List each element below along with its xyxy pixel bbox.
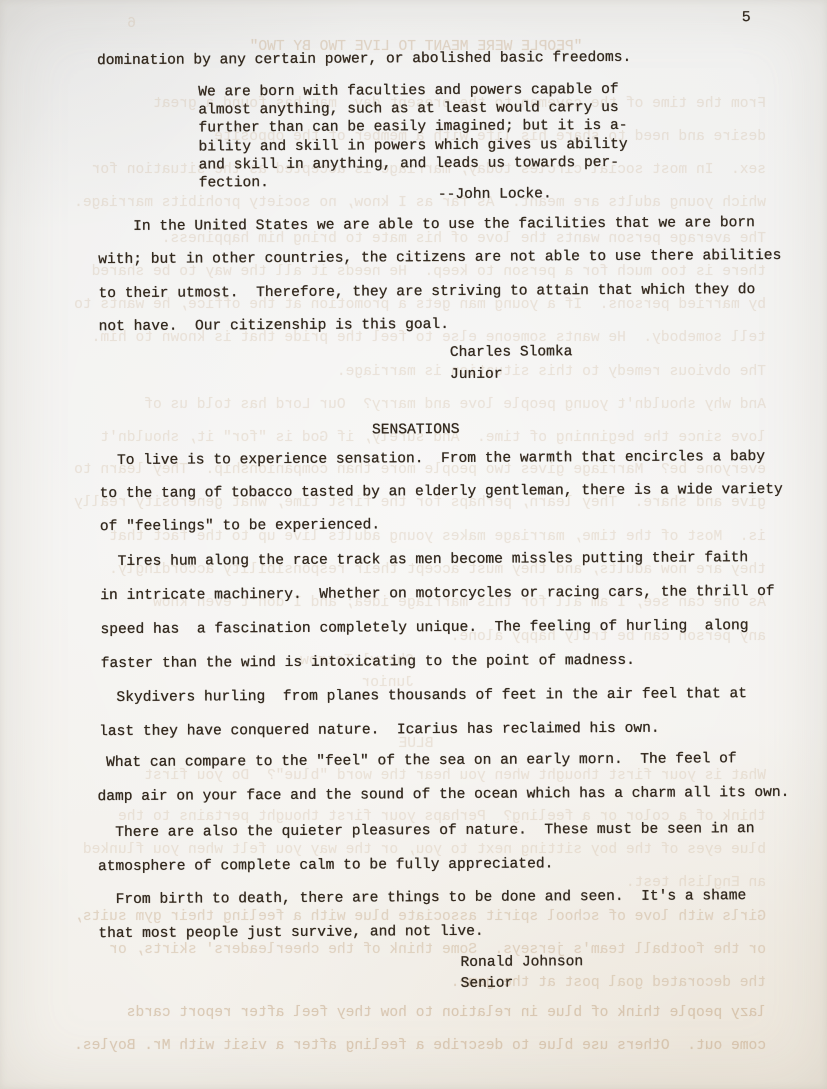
text-line: There are also the quieter pleasures of … [98, 812, 755, 850]
text-line: domination by any certain power, or abol… [97, 48, 631, 71]
text-line: Skydivers hurling from planes thousands … [99, 677, 747, 715]
text-line: atmosphere of complete calm to be fully … [98, 846, 755, 884]
signature-line: Ronald Johnson [460, 952, 583, 973]
sensations-paragraph-birth-death: From birth to death, there are things to… [98, 879, 746, 951]
quote-line: bility and skill in powers which gives u… [198, 135, 627, 156]
text-line: damp air on your face and the sound of t… [97, 776, 789, 814]
text-line: To live is to experience sensation. From… [99, 441, 782, 478]
signature-line: Charles Slomka [450, 341, 573, 364]
signature-line: Senior [461, 973, 584, 994]
sensations-paragraph-skydivers: Skydivers hurling from planes thousands … [99, 677, 747, 749]
page-number: 5 [742, 8, 751, 28]
sensations-paragraph-racing: Tires hum along the race track as men be… [100, 541, 775, 681]
sensations-paragraph-intro: To live is to experience sensation. From… [99, 441, 783, 544]
quote-line: further than can be easily imagined; but… [198, 117, 627, 138]
sensations-paragraph-nature: There are also the quieter pleasures of … [98, 812, 755, 884]
text-line: Tires hum along the race track as men be… [100, 541, 775, 579]
text-line: faster than the wind is intoxicating to … [101, 643, 776, 681]
quote-line: and skill in anything, and leads us towa… [199, 154, 628, 175]
text-line: not have. Our citizenship is this goal. [99, 307, 782, 345]
author-signature-ronald-johnson: Ronald JohnsonSenior [460, 952, 583, 994]
typed-text-layer: 5 domination by any certain power, or ab… [0, 0, 827, 1089]
text-line: in intricate machinery. Whether on motor… [100, 575, 775, 613]
locke-quote-block: We are born with faculties and powers ca… [198, 81, 628, 193]
text-line: to their utmost. Therefore, they are str… [98, 274, 781, 312]
citizenship-paragraph: In the United States we are able to use … [98, 207, 782, 345]
sensations-heading: SENSATIONS [2, 418, 827, 443]
text-line: to the tang of tobacco tasted by an elde… [100, 474, 783, 511]
locke-quote-attribution: --John Locke. [438, 185, 552, 204]
sensations-paragraph-sea: What can compare to the "feel" of the se… [97, 742, 789, 814]
text-line: In the United States we are able to use … [98, 207, 781, 245]
signature-line: Junior [450, 363, 573, 386]
author-signature-charles-slomka: Charles SlomkaJunior [450, 341, 573, 386]
text-line: What can compare to the "feel" of the se… [97, 742, 789, 780]
text-line: with; but in other countries, the citize… [98, 240, 781, 278]
text-line: that most people just survive, and not l… [98, 913, 746, 951]
text-line: From birth to death, there are things to… [98, 879, 746, 917]
opening-continuation-line: domination by any certain power, or abol… [97, 48, 631, 71]
scanned-typewritten-page: 6"PEOPLE WERE MEANT TO LIVE TWO BY TWO"F… [0, 0, 827, 1089]
quote-line: fection. [199, 172, 628, 193]
text-line: speed has a fascination completely uniqu… [100, 609, 775, 647]
text-line: of "feelings" to be experienced. [100, 507, 783, 544]
